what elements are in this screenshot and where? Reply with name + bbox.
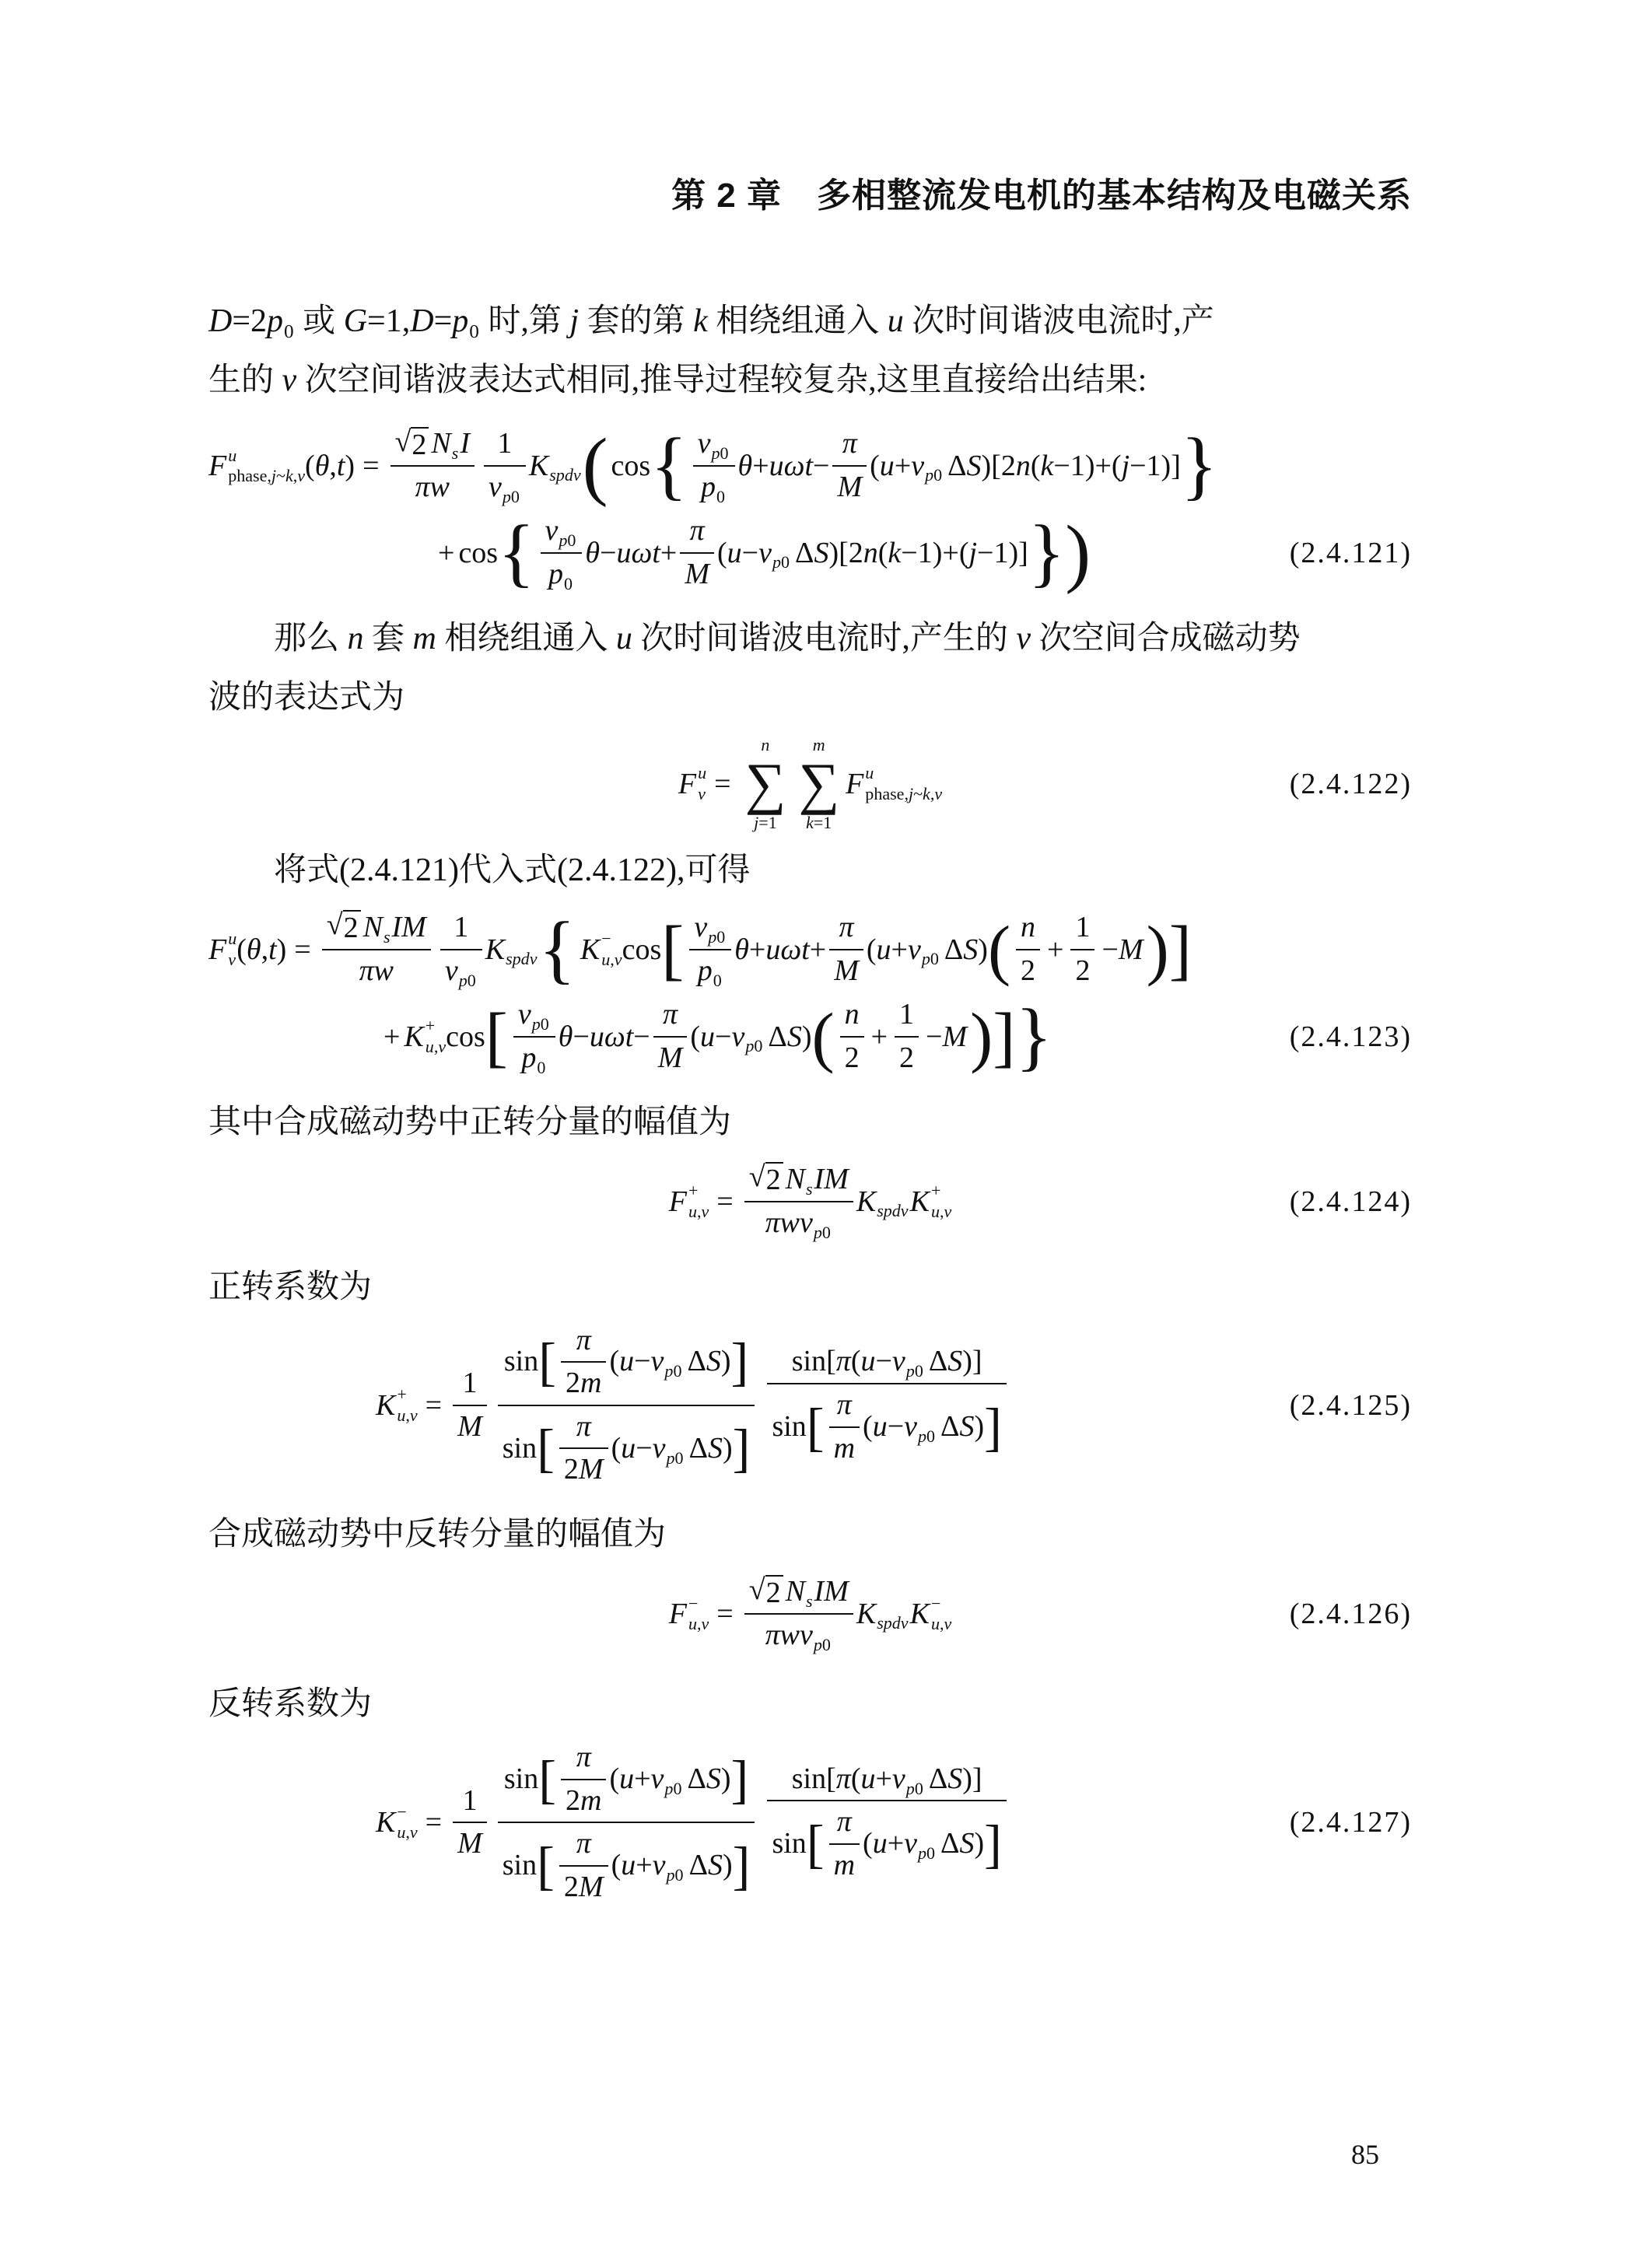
math-token: 0 (675, 1865, 684, 1885)
math-token: v (445, 954, 458, 989)
math-token: v (518, 997, 531, 1033)
math-token: p0 (918, 1428, 935, 1445)
math-token: p (452, 303, 468, 339)
math-token: πM (829, 910, 863, 989)
math-token: − (688, 1594, 698, 1614)
math-token: π (832, 426, 867, 467)
math-token: − (636, 1431, 652, 1467)
math-token: p0 (689, 950, 731, 989)
math-token: − (926, 1020, 942, 1054)
math-token: spdv (877, 1613, 908, 1633)
math-token: ∑ (798, 757, 839, 811)
math-token: p (548, 557, 563, 593)
equation-line: K+u,v=1Msin[π2m(u−vp0ΔS)]sin[π2M(u−vp0ΔS… (208, 1323, 1412, 1488)
math-token: v (698, 784, 706, 804)
math-token: v (545, 513, 559, 549)
math-token: 1 (462, 1366, 477, 1402)
math-token: u,v (426, 1037, 446, 1057)
math-token: πwvp0 (744, 1202, 853, 1241)
math-token: sin (792, 1762, 826, 1797)
math-token: N (786, 1574, 805, 1610)
math-token: √2 (327, 910, 361, 945)
math-token: π (653, 997, 688, 1038)
math-token: IM (814, 1162, 849, 1198)
math-token: vp0 (651, 1762, 684, 1797)
math-token: S (963, 933, 978, 967)
math-token: = (714, 767, 730, 801)
math-token: M (834, 954, 859, 989)
math-token: K (376, 1388, 395, 1423)
math-token: N (363, 911, 383, 943)
math-token: S (947, 1344, 962, 1380)
math-token: p (906, 1361, 915, 1381)
equation-number: (2.4.124) (1290, 1185, 1412, 1219)
math-token: √2 (749, 1575, 783, 1610)
math-token: πw (322, 950, 431, 989)
math-token: 那么 (274, 621, 348, 656)
math-token: Ns (786, 1574, 814, 1610)
math-token: vp0p0 (689, 910, 731, 989)
math-token: πw (765, 1618, 800, 1654)
math-token: S (708, 1848, 723, 1884)
math-token: v (653, 1431, 666, 1467)
math-token: ₀ 时,第 (468, 303, 569, 339)
math-token: πw (390, 467, 475, 506)
math-token: πM (653, 997, 688, 1076)
math-token: =1 (814, 813, 832, 832)
math-token: s (806, 1591, 813, 1611)
math-token: m (413, 621, 436, 656)
math-token: v (698, 426, 711, 462)
math-token: + (895, 449, 911, 483)
math-token: 0 (822, 1223, 831, 1242)
math-token: ₀ 或 (283, 303, 344, 339)
math-token: πm (829, 1804, 860, 1883)
math-token: sin[π2m(u+vp0ΔS)] (498, 1740, 755, 1823)
math-token: v (904, 1826, 917, 1862)
math-token: F (846, 767, 863, 801)
math-token: π (837, 1388, 852, 1423)
math-token: π2m (561, 1740, 606, 1818)
math-token: 0 (926, 1843, 935, 1863)
math-token: 2 (564, 1870, 579, 1906)
math-token: 2 (343, 910, 361, 945)
math-token: uv (698, 763, 706, 804)
math-token: ( (609, 1762, 619, 1797)
math-token: v (653, 1849, 666, 1881)
math-token: m∑k=1 (798, 733, 839, 835)
math-token: Ns (431, 426, 460, 462)
math-token: vp0 (800, 1618, 832, 1654)
math-token: p (267, 303, 283, 339)
math-token: sin[π(u+vp0ΔS)] (767, 1762, 1006, 1802)
math-token: M (453, 1823, 487, 1862)
math-token: K (910, 1185, 930, 1219)
math-token: 1 (1070, 910, 1094, 950)
math-token: vp0 (908, 933, 940, 967)
math-token: 次时间谐波电流时,产生的 (632, 621, 1017, 656)
math-token: v (908, 933, 921, 967)
math-token: p (532, 1014, 541, 1034)
equation-2-4-127: K−u,v=1Msin[π2m(u+vp0ΔS)]sin[π2M(u+vp0ΔS… (208, 1740, 1412, 1905)
math-token: 0 (933, 465, 942, 485)
math-token: Δ (768, 1020, 786, 1054)
math-token: 0 (564, 574, 573, 593)
math-token: − (715, 1020, 731, 1054)
math-token: π (561, 1323, 606, 1363)
math-token: u (865, 763, 942, 783)
math-token: v (800, 1619, 813, 1651)
math-token: sin (503, 1431, 537, 1467)
math-token: π (576, 1323, 591, 1359)
math-token: v (908, 933, 921, 966)
math-token: k=1 (806, 811, 832, 835)
math-token: +u,v (931, 1181, 951, 1222)
math-token: p0 (918, 1845, 935, 1862)
math-token: +u,v (397, 1384, 417, 1426)
math-token: πM (832, 426, 867, 505)
math-token: √2NsIM (744, 1574, 853, 1615)
math-token: + (1047, 933, 1063, 967)
math-token: p (521, 1041, 536, 1076)
math-token: D (410, 303, 433, 339)
math-token: 0 (564, 576, 573, 593)
equation-line: F+u,v=√2NsIMπwvp0KspdvK+u,v(2.4.124) (208, 1158, 1412, 1245)
math-token: 0 (673, 1361, 681, 1381)
math-token: +u,v (426, 1016, 446, 1057)
math-token: u (727, 536, 742, 570)
math-token: u (601, 950, 610, 970)
math-token: F (208, 449, 226, 483)
math-token: p0 (925, 467, 942, 484)
math-token: n (1021, 910, 1035, 946)
math-token: v (228, 950, 236, 970)
math-token: π (829, 1388, 860, 1428)
equation-number: (2.4.123) (1290, 1020, 1412, 1054)
math-token: p0 (814, 1636, 831, 1654)
math-token: F (208, 933, 226, 967)
math-token: k (1041, 449, 1054, 483)
math-token: √2NsIM (744, 1162, 853, 1202)
math-token: 1 (899, 997, 914, 1033)
math-token: sin[π(u−vp0ΔS)]sin[πm(u−vp0ΔS)] (767, 1344, 1006, 1466)
equation-line: Fuv(θ,t)=√2NsIMπw1vp0Kspdv{K−u,vcos[vp0p… (208, 906, 1412, 993)
math-token: Kspdv (856, 1597, 910, 1631)
math-token: p0 (513, 1038, 555, 1076)
math-token: Ns (786, 1162, 814, 1198)
math-token: v (892, 1345, 905, 1377)
math-token: − (601, 929, 611, 949)
math-token: p0 (772, 554, 790, 571)
math-token: 2 (1070, 950, 1094, 989)
math-token: K+u,v (910, 1181, 952, 1222)
math-token: + (875, 1762, 891, 1797)
math-token: p (906, 1779, 915, 1798)
math-token: π (842, 426, 857, 462)
math-token: v (615, 950, 622, 970)
math-token: π2M (559, 1409, 608, 1488)
math-token: = (716, 1185, 733, 1219)
math-token: j (1122, 449, 1130, 483)
math-token: v (545, 514, 559, 547)
math-token: sin (504, 1762, 538, 1797)
math-token: u (865, 763, 874, 783)
math-token: K (856, 1185, 876, 1218)
math-token: 2M (559, 1867, 608, 1906)
book-page: 第 2 章 多相整流发电机的基本结构及电磁关系 D=2p₀ 或 G=1,D=p₀… (0, 0, 1625, 2268)
math-token: Fuv (208, 929, 236, 970)
math-token: K−u,v (580, 929, 622, 970)
math-token: =1, (367, 303, 410, 339)
math-token: vp0 (484, 467, 526, 506)
math-token: v (758, 536, 772, 570)
math-token: spdv (506, 949, 537, 968)
math-token: θ (559, 1020, 573, 1054)
math-token: [ (826, 1762, 836, 1797)
math-token: K (856, 1598, 876, 1630)
math-token: M (653, 1038, 688, 1076)
math-token: s (452, 443, 459, 463)
math-token: − (688, 1594, 709, 1614)
math-token: p0 (906, 1780, 923, 1797)
math-token: v (694, 911, 707, 943)
math-token: ) (802, 1020, 812, 1054)
math-token: 1M (453, 1366, 487, 1444)
math-token: πw (359, 954, 394, 989)
math-token: vp0 (518, 997, 551, 1033)
math-token: − (397, 1802, 406, 1822)
math-token: 0 (822, 1635, 831, 1654)
math-token: K (404, 1020, 423, 1053)
math-token: 2M (559, 1449, 608, 1488)
math-token: √ (749, 1162, 765, 1193)
paragraph-line: 波的表达式为 (208, 668, 1412, 727)
math-token: m (834, 1431, 855, 1467)
math-token: u (888, 303, 904, 339)
math-token: uphase,j~k,v (228, 446, 305, 487)
math-token: vp0p0 (513, 997, 555, 1076)
math-token: √ (327, 910, 343, 941)
math-token: − (600, 536, 616, 570)
math-token: + (752, 449, 769, 483)
math-token: − (601, 929, 622, 949)
math-token: p0 (701, 470, 727, 506)
math-token: S (787, 1020, 802, 1054)
math-token: F (678, 767, 696, 801)
paragraph-line: D=2p₀ 或 G=1,D=p₀ 时,第 j 套的第 k 相绕组通入 u 次时间… (208, 292, 1412, 351)
math-token: 0 (716, 488, 725, 506)
math-token: uωt (590, 1020, 633, 1054)
math-token: Kspdv (856, 1185, 910, 1219)
math-token: sin[πm(u+vp0ΔS)] (767, 1801, 1006, 1883)
math-token: vp0 (758, 536, 791, 570)
math-token: π (829, 1804, 860, 1845)
math-token: S (959, 1409, 974, 1445)
math-token: 12 (895, 997, 919, 1076)
equation-line: F−u,v=√2NsIMπwvp0KspdvK−u,v(2.4.126) (208, 1570, 1412, 1657)
math-token: v (911, 450, 924, 482)
math-token: sin[π2m(u−vp0ΔS)]sin[π2M(u−vp0ΔS)] (498, 1323, 755, 1488)
math-token: v (282, 362, 297, 398)
math-token: N (786, 1163, 805, 1195)
math-token: −u,v (688, 1594, 709, 1635)
math-token: + (891, 933, 908, 967)
math-token: ( (851, 1344, 861, 1380)
math-token: vp0 (513, 997, 555, 1038)
math-token: K (376, 1806, 395, 1839)
math-token: − (634, 1344, 650, 1380)
math-token: vp0p0 (693, 426, 735, 505)
math-token: F−u,v (669, 1594, 709, 1635)
paragraph-line: 其中合成磁动势中正转分量的幅值为 (208, 1093, 1412, 1152)
math-token: u,v (688, 1614, 709, 1634)
math-token: 2 (1075, 954, 1090, 989)
math-token: Fuv=n∑j=1m∑k=1Fuphase,j~k,v (678, 733, 942, 835)
math-token: 2 (840, 1038, 864, 1076)
math-token: cos (611, 449, 651, 483)
math-token: p0 (459, 972, 476, 989)
math-token: phase (865, 784, 904, 804)
math-token: phase,j~k,v (228, 466, 305, 486)
math-token: + (749, 933, 765, 967)
math-token: π (559, 1409, 608, 1450)
math-token: sin (503, 1848, 537, 1884)
math-token: 2m (561, 1780, 606, 1819)
math-token: u (619, 1344, 634, 1380)
math-token: p (559, 530, 567, 550)
math-token: 次时间谐波电流时,产 (904, 303, 1214, 339)
math-token: 0 (930, 949, 939, 968)
math-token: k (923, 784, 930, 804)
math-token: K (376, 1389, 395, 1422)
math-token: u (877, 933, 891, 967)
math-token: p0 (548, 557, 574, 593)
math-token: θ (738, 449, 753, 483)
equation-line: +cos{vp0p0θ−uωt+πM(u−vp0ΔS)[2n(k−1)+(j−1… (208, 509, 1412, 597)
math-token: −1)+( (901, 536, 968, 570)
math-token: k (285, 466, 293, 486)
math-token: v (653, 1432, 666, 1465)
math-token: Ns (363, 910, 392, 946)
math-token: 反转系数为 (208, 1686, 372, 1722)
math-token: ) (974, 1826, 984, 1862)
math-token: s (806, 1593, 813, 1610)
math-token: 0 (716, 927, 725, 947)
math-token: v (698, 784, 706, 804)
math-token: )[2 (828, 536, 863, 570)
math-token: v (911, 449, 924, 483)
equation-number: (2.4.126) (1290, 1597, 1412, 1631)
math-token: 其中合成磁动势中正转分量的幅值为 (208, 1104, 731, 1140)
math-token: u (397, 1405, 405, 1426)
paragraph-line: 正转系数为 (208, 1258, 1412, 1317)
math-token: + (888, 1826, 904, 1862)
math-token: √ (749, 1575, 765, 1606)
math-token: sin (772, 1826, 806, 1862)
math-token: p (701, 471, 716, 503)
math-token: S (706, 1344, 721, 1380)
math-token: =1 (758, 813, 776, 832)
math-token: ( (867, 933, 877, 967)
math-token: ( (851, 1762, 861, 1797)
math-token: + (688, 1181, 709, 1201)
math-token: = (426, 1805, 442, 1839)
math-token: p (925, 465, 933, 485)
math-token: K−u,v (910, 1594, 952, 1635)
math-token: , (329, 449, 337, 483)
math-token: Δ (795, 536, 814, 570)
math-token: ( (870, 449, 880, 483)
math-token: u (860, 1762, 875, 1797)
math-token: s (383, 927, 390, 947)
math-token: + (931, 1181, 940, 1201)
math-token: 正转系数为 (208, 1269, 372, 1305)
math-token: + (636, 1848, 652, 1884)
page-number: 85 (208, 2138, 1412, 2171)
math-token: v (518, 998, 531, 1031)
math-token: ) (721, 1344, 731, 1380)
math-token: S (708, 1431, 723, 1467)
math-token: K (404, 1020, 423, 1054)
math-token: S (814, 536, 828, 570)
math-token: πw (415, 470, 450, 506)
math-token: v (651, 1344, 664, 1380)
math-token: 2m (561, 1363, 606, 1402)
equation-2-4-126: F−u,v=√2NsIMπwvp0KspdvK−u,v(2.4.126) (208, 1570, 1412, 1657)
math-token: n2 (840, 997, 864, 1076)
math-token: π (829, 910, 863, 950)
math-token: v (702, 1614, 709, 1634)
math-token: − (633, 1020, 650, 1054)
math-token: ( (236, 933, 247, 967)
math-token: cos (622, 933, 662, 967)
math-token: p (708, 927, 716, 947)
math-token: m (829, 1845, 860, 1884)
math-token: u (688, 1202, 697, 1222)
math-token: v (800, 1206, 813, 1241)
math-token: F+u,v=√2NsIMπwvp0KspdvK+u,v (669, 1162, 952, 1241)
math-token: 0 (754, 1036, 762, 1055)
math-token: p0 (906, 1363, 923, 1380)
math-token: p0 (532, 1016, 549, 1033)
math-token: v (653, 1848, 666, 1884)
math-token: p (664, 1779, 673, 1798)
math-token: p (814, 1635, 822, 1654)
math-token: ) (721, 1762, 731, 1797)
math-token: k (888, 536, 901, 570)
math-token: − (813, 449, 829, 483)
math-token: 相绕组通入 (708, 303, 888, 339)
math-token: sin[π2m(u+vp0ΔS)]sin[π2M(u+vp0ΔS)] (498, 1740, 755, 1905)
math-token: −u,v (601, 929, 622, 970)
math-token: K−u,v (376, 1802, 418, 1843)
math-token: v (1016, 621, 1031, 656)
math-token: 2 (766, 1164, 781, 1197)
math-token: Δ (944, 933, 963, 967)
math-token: F (208, 450, 226, 482)
math-token: 0 (716, 487, 725, 506)
math-token: p (711, 443, 720, 463)
math-token: Kspdv (485, 933, 539, 967)
math-token: v (651, 1345, 664, 1377)
math-token: K (910, 1597, 930, 1631)
math-token: sin[π2m(u−vp0ΔS)] (498, 1323, 755, 1406)
math-token: p (664, 1361, 673, 1381)
math-token: u,v (688, 1202, 709, 1222)
math-token: M (453, 1406, 487, 1445)
math-token: M (837, 470, 862, 506)
math-token: cos (458, 536, 498, 570)
